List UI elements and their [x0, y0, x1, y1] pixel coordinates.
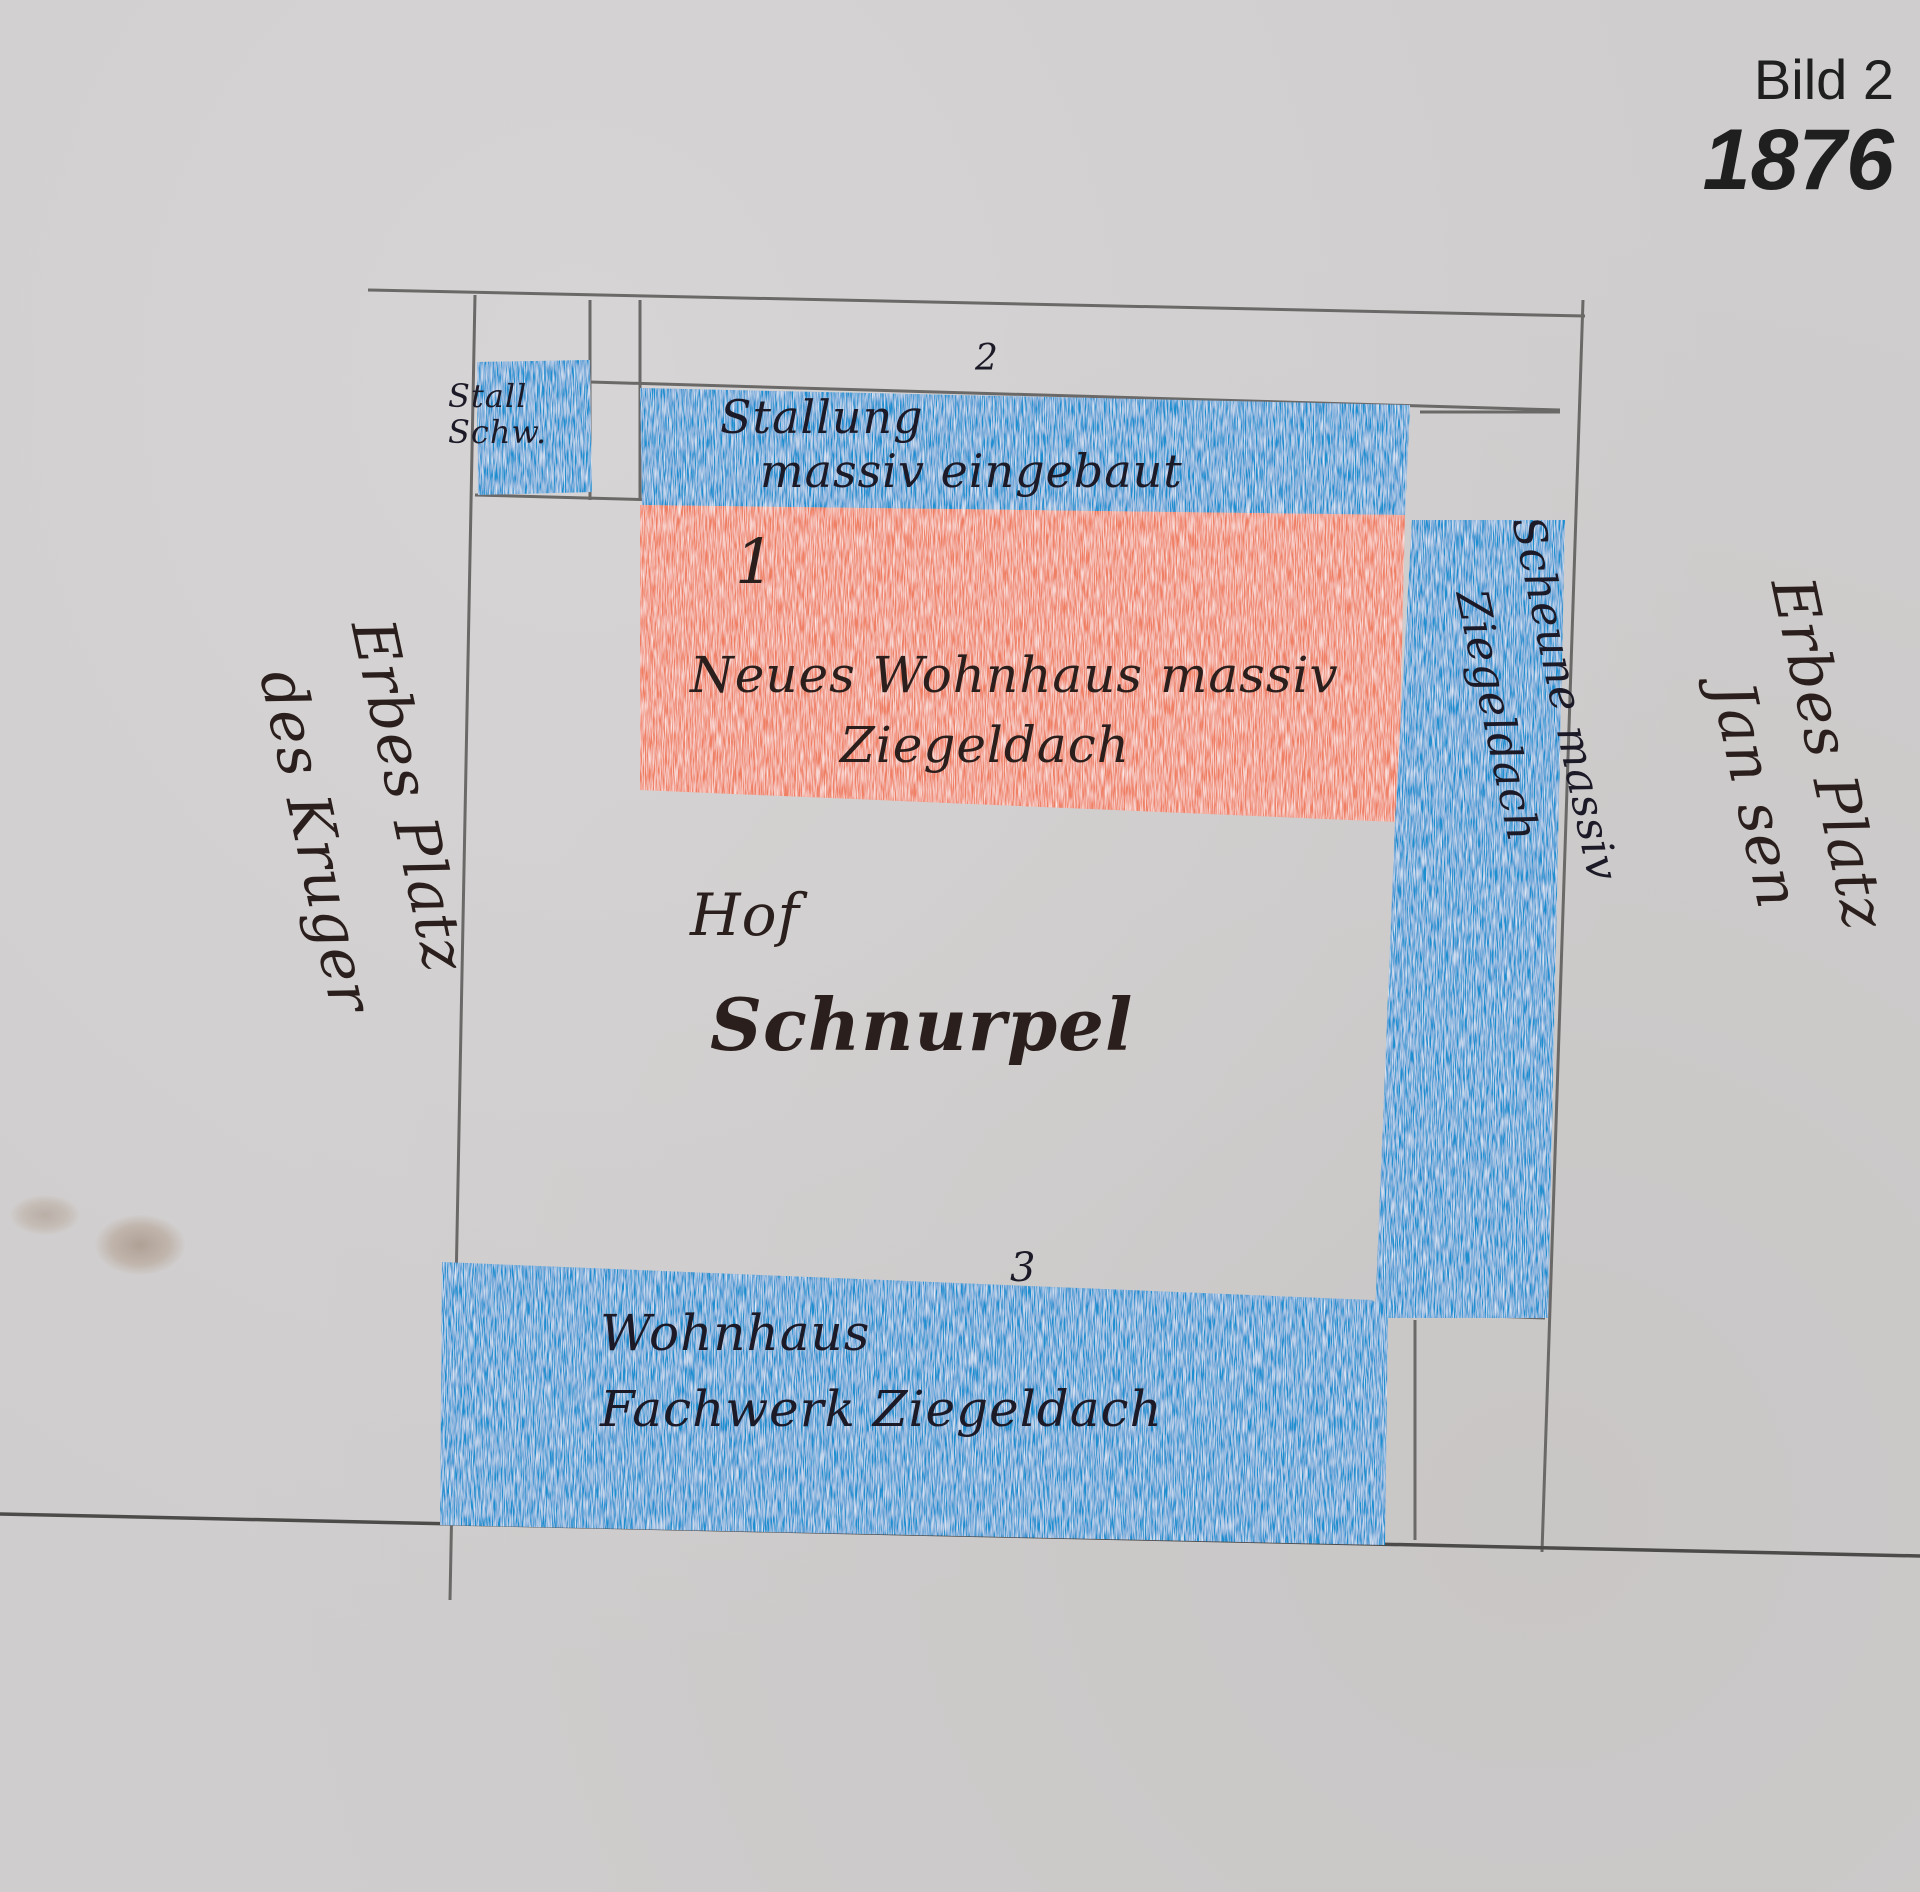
marker-wohnhaus-fachwerk: 3	[1010, 1245, 1036, 1291]
label-line: Ziegeldach	[840, 710, 1339, 780]
label-courtyard: Hof Schnurpel	[690, 860, 1133, 1080]
label-wohnhaus-neu: Neues Wohnhaus massiv Ziegeldach	[690, 640, 1339, 780]
label-line: Schw.	[448, 414, 547, 450]
label-line: Hof	[690, 860, 1133, 970]
label-line: Schnurpel	[710, 970, 1133, 1080]
label-line: Wohnhaus	[600, 1295, 1163, 1371]
label-line: Stallung	[720, 390, 1183, 444]
label-stall-small: Stall Schw.	[448, 378, 547, 450]
label-line: Neues Wohnhaus massiv	[690, 640, 1339, 710]
label-line: Stall	[448, 378, 547, 414]
label-wohnhaus-fachwerk: Wohnhaus Fachwerk Ziegeldach	[600, 1295, 1163, 1447]
marker-wohnhaus-neu: 1	[735, 525, 775, 598]
document-photo: Bild 2 1876	[0, 0, 1920, 1892]
label-stallung: Stallung massiv eingebaut	[720, 390, 1183, 498]
label-line: massiv eingebaut	[760, 444, 1183, 498]
ink-stain-small	[10, 1195, 80, 1235]
marker-stallung: 2	[975, 338, 999, 379]
label-line: Fachwerk Ziegeldach	[600, 1371, 1163, 1447]
ink-stain	[95, 1215, 185, 1275]
